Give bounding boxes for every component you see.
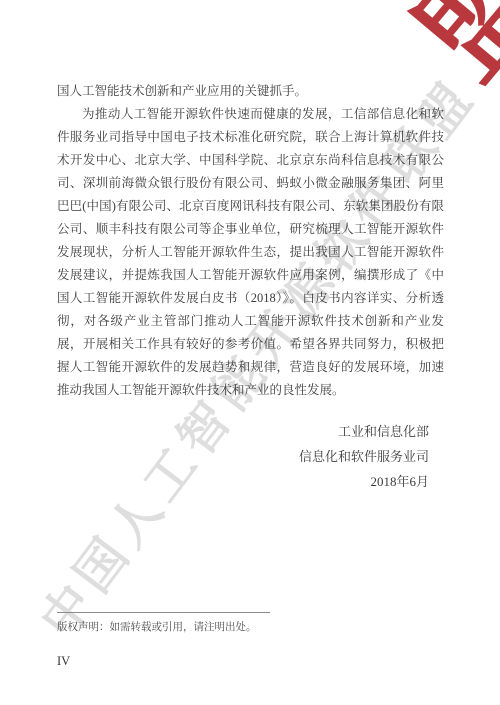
signature-date: 2018年6月 [57,469,429,494]
footnote-divider [57,612,270,613]
copyright-footnote: 版权声明：如需转载或引用，请注明出处。 [57,620,437,636]
signature-department: 信息化和软件服务业司 [57,444,429,469]
page-number: IV [57,654,70,669]
body-paragraph-continuation: 国人工智能技术创新和产业应用的关键抓手。 [57,80,444,103]
document-page: 中国人工智能开源软件联盟 盟 国人工智能技术创新和产业应用的关键抓手。 为推动人… [0,0,500,705]
body-paragraph-main: 为推动人工智能开源软件快速而健康的发展，工信部信息化和软件服务业司指导中国电子技… [57,103,444,402]
signature-block: 工业和信息化部 信息化和软件服务业司 2018年6月 [57,419,429,494]
body-text: 国人工智能技术创新和产业应用的关键抓手。 为推动人工智能开源软件快速而健康的发展… [57,80,444,402]
signature-ministry: 工业和信息化部 [57,419,429,444]
